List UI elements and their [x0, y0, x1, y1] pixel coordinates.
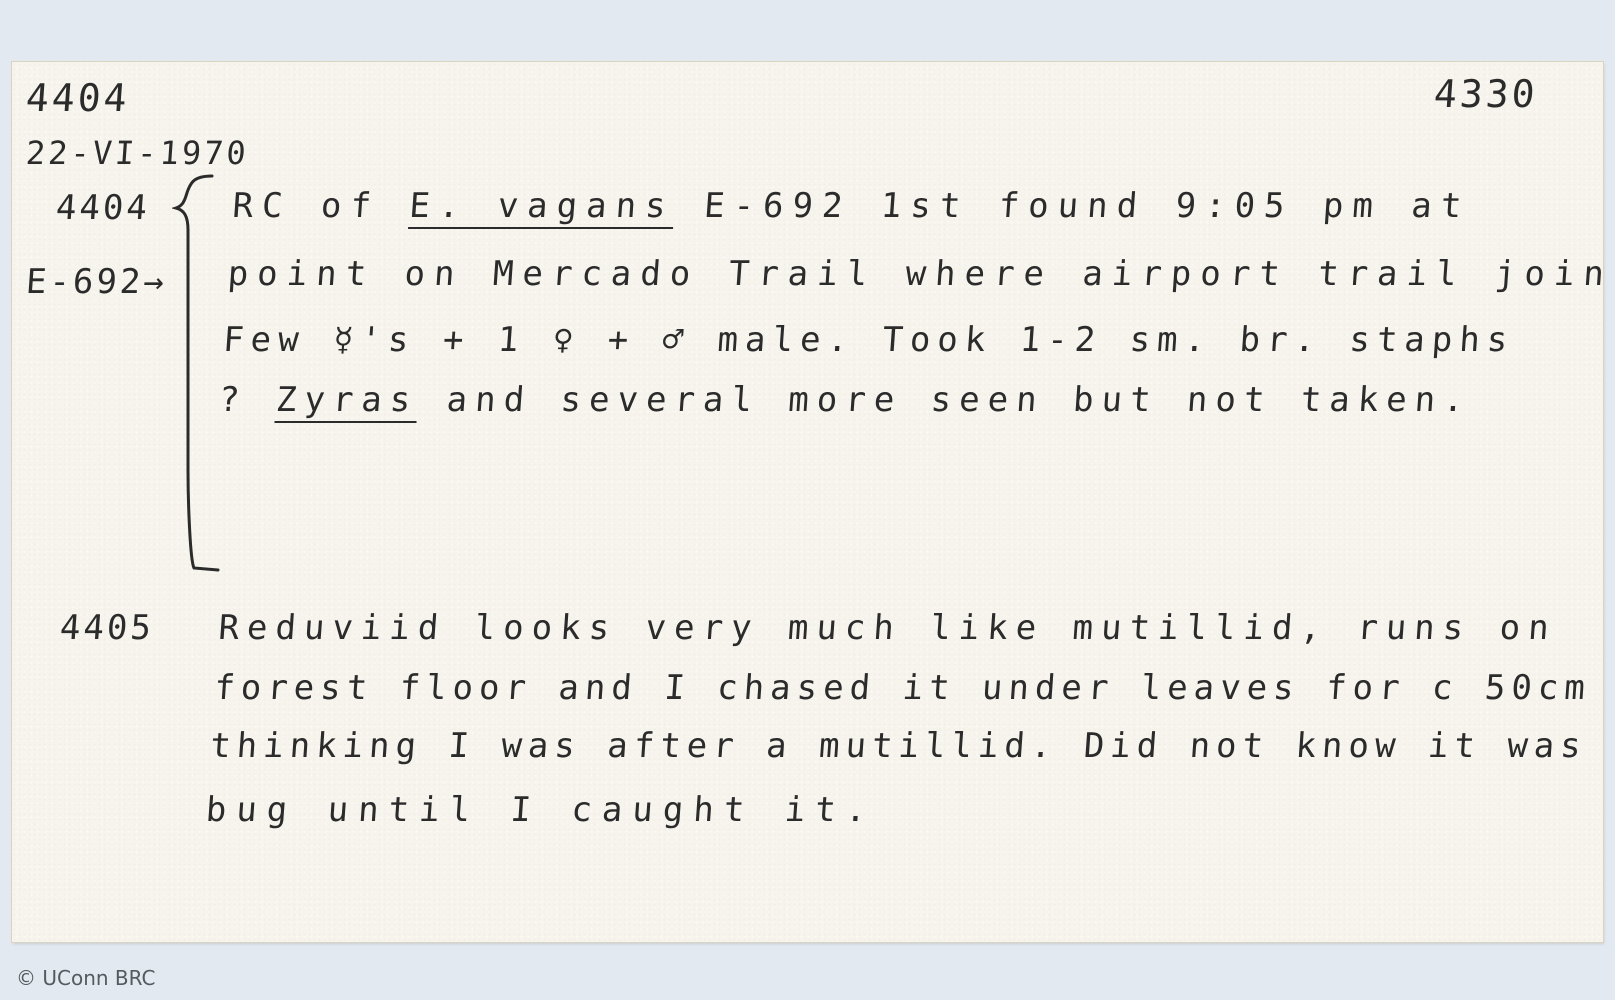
- entry-4404-line-2: point on Mercado Trail where airport tra…: [226, 254, 1615, 294]
- entry-4405-line-3: thinking I was after a mutillid. Did not…: [209, 726, 1588, 766]
- copyright-footer: © UConn BRC: [16, 966, 156, 990]
- entry-4405-line-4: bug until I caught it.: [204, 790, 877, 830]
- species-name: E. vagans: [408, 186, 676, 229]
- specimen-card: 4404 4330 22-VI-1970 4404 E-692→ RC of E…: [12, 62, 1603, 942]
- entry-4405-line-1: Reduviid looks very much like mutillid, …: [217, 608, 1558, 648]
- genus-name: Zyras: [274, 380, 419, 423]
- card-number-top-right: 4330: [1432, 72, 1539, 116]
- entry-4404-line-3: Few ☿'s + 1 ♀ + ♂ male. Took 1-2 sm. br.…: [222, 320, 1516, 360]
- entry-4405-line-2: forest floor and I chased it under leave…: [213, 668, 1592, 708]
- card-number-top-left: 4404: [24, 76, 131, 120]
- entry-ref-e692: E-692→: [25, 262, 169, 302]
- ref-label: E-692: [25, 262, 145, 302]
- entry-4404-line-4: ? Zyras and several more seen but not ta…: [218, 380, 1474, 420]
- entry-id-4405: 4405: [59, 608, 156, 648]
- entry-4404-line-1: RC of E. vagans E-692 1st found 9:05 pm …: [231, 186, 1472, 226]
- arrow-icon: →: [142, 262, 168, 302]
- entry-id-4404: 4404: [55, 188, 152, 228]
- date: 22-VI-1970: [25, 134, 250, 172]
